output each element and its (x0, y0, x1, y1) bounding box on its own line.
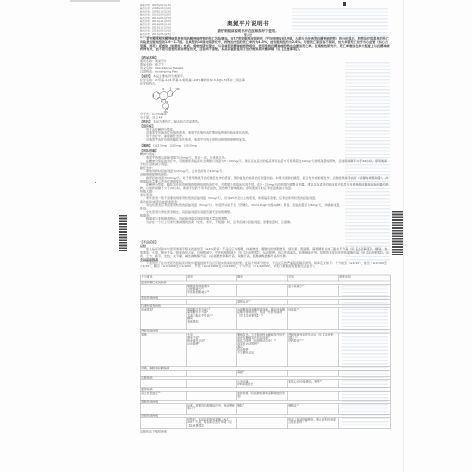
summary-text: 成人临床试验中与使用奥氮平相关的最常见（≥1%患者）不良反应为嗜睡、体重增加、嗜… (140, 248, 390, 258)
section-indications: 【适应症】 用于治疗精神分裂症。 对奥氮平初始治疗有效的患者，奥氮平在维持治疗期… (140, 124, 390, 141)
section-adverse-reactions: 【不良反应】 总结 成人临床试验中与使用奥氮平相关的最常见（≥1%患者）不良反应… (140, 241, 390, 269)
table-cell (338, 391, 390, 400)
pinyin-name: 汉语拼音：Aodanping Pian (140, 70, 390, 74)
table-cell (338, 380, 390, 388)
table-cell: 轻度、短暂的抗胆碱能作用，包括便秘和口干 (186, 404, 236, 414)
table-cell: 低体温¹² (287, 308, 338, 330)
table-row: 心动过缓 QTc间期延长 室性心动过速/颤动，猝死¹¹ (140, 380, 390, 388)
table-cell (140, 404, 186, 414)
table-cell: 肝炎（包括肝细胞性、胆汁淤积性或混合性肝损伤）¹¹ (287, 418, 338, 429)
table-cell (186, 391, 236, 400)
table-cell: 血小板减少¹¹ (287, 285, 338, 297)
table-cell: 直立性低血压¹⁰ (140, 391, 186, 400)
atom-label-s: S (170, 88, 172, 91)
atom-label-h: H (162, 88, 164, 91)
scan-edge-bar (70, 0, 120, 2)
table-cell: 嗜酸性粒细胞增多 白细胞减少¹⁰ 中性粒细胞减少¹⁰ (186, 285, 236, 297)
continued-organ-class: 皮肤和皮下组织疾病 (140, 430, 390, 433)
table-cell (338, 308, 390, 330)
table-row: 短暂的、无症状的肝转氨酶（ALT、AST）升高，特别是在治疗早期（见【注意事项】… (140, 418, 390, 429)
table-cell (140, 418, 186, 429)
table-cell: 嗜睡 (140, 333, 186, 367)
table-cell (338, 285, 390, 297)
table-cell (338, 404, 390, 414)
document-title: 奥氮平片说明书 (200, 21, 296, 27)
table-cell: 头晕 静坐不能⁶ 帕金森综合征⁶ 运动障碍⁶ (186, 333, 236, 367)
table-cell: 出现糖尿病或糖尿病加重，偶尔伴有酮症酸中毒或昏迷，包括一些致死病例（见【注意事项… (236, 308, 287, 330)
warning-text: 老年痴呆相关精神病患者使用抗精神病药物的死亡风险增加。对17项安慰剂对照研究（平… (140, 37, 390, 51)
document-subtitle: 请仔细阅读说明书并在医师指导下使用。 (188, 29, 308, 33)
table-cell: 室性心动过速/颤动，猝死¹¹ (287, 380, 338, 388)
section-dosage: 【用法用量】 精神分裂症： 奥氮平的建议起始剂量为10mg/天，每日一次，与进食… (140, 149, 390, 224)
adverse-reactions-table: 十分常见 常见 偶见 罕见 频率未知 血液和淋巴系统疾病 嗜酸性粒细胞增多 白细… (140, 275, 390, 429)
table-cell (287, 391, 338, 400)
barcode-right (392, 211, 403, 255)
revision-history: 核准日期：2007年02月13日 修改日期：2008年06月16日 修改日期：2… (140, 4, 174, 39)
molecular-info: 分子式：C₁₇H₂₀N₄S 分子量：312.44 (140, 112, 390, 119)
table-cell: 心动过缓 QTc间期延长 (236, 380, 287, 388)
table-cell: 体重增加¹ (140, 308, 186, 330)
section-composition: 【成份】 本品主要成份为奥氮平。 化学名称：2-甲基-4-(4-甲基-1-哌嗪基… (140, 75, 390, 86)
table-row: 嗜酸性粒细胞增多 白细胞减少¹⁰ 中性粒细胞减少¹⁰ 血小板减少¹¹ (140, 285, 390, 297)
scan-speck (95, 182, 96, 183)
scanned-page: 核准日期：2007年02月13日 修改日期：2008年06月16日 修改日期：2… (0, 0, 472, 472)
atom-label-ch3-top: CH₃ (176, 88, 180, 91)
table-row: 体重增加¹ 胆固醇水平升高²˒³ 葡萄糖水平升高⁴ 甘油三酯水平升高²˒⁵ 糖尿… (140, 308, 390, 330)
table-cell (236, 285, 287, 297)
table-cell (338, 333, 390, 367)
table-cell: 癫痫发作，大多数病例有癫痫发作病史或存在癫痫发作危险因素¹¹ 肌张力障碍（包括眼… (236, 333, 287, 367)
specifications-text: (1)2.5mg (2)5mg (3)10mg (153, 144, 197, 148)
table-cell: 腹胀⁹ (236, 404, 287, 414)
table-row: 轻度、短暂的抗胆碱能作用，包括便秘和口干 腹胀⁹ 胰腺炎¹¹ (140, 404, 390, 414)
barcode-left (119, 215, 127, 251)
indications-text: 用于治疗精神分裂症。 对奥氮平初始治疗有效的患者，奥氮平在维持治疗期间能够保持临… (140, 128, 390, 142)
page-edge-line (403, 0, 404, 472)
section-specifications: 【规格】 (1)2.5mg (2)5mg (3)10mg (140, 144, 390, 147)
list-intro: 下表列出了在自发报告和临床试验中观察到的不良反应和实验室检查结果。在每个频率分组… (140, 261, 390, 268)
table-cell: 短暂的、无症状的肝转氨酶（ALT、AST）升高，特别是在治疗早期（见【注意事项】… (186, 418, 236, 429)
atom-label-n-piperazine-top: N (166, 101, 168, 104)
table-cell: 血栓栓塞（包括肺栓塞和深静脉血栓形成） (236, 391, 287, 400)
section-drug-name: 【药品名称】 通用名称：奥氮平片 商品名称：欧兰宁 英文名称：Olanzapin… (140, 56, 390, 74)
atom-label-n: N (161, 100, 163, 103)
table-cell: 神经阻滞剂恶性综合征（见【注意事项】）¹² 停药症状⁷˒¹² (287, 333, 338, 367)
package-insert: 核准日期：2007年02月13日 修改日期：2008年06月16日 修改日期：2… (140, 0, 390, 472)
section-description: 【性状】 本品为黄色片，除去包衣后显黄色。 (140, 120, 390, 123)
dosage-text: 精神分裂症： 奥氮平的建议起始剂量为10mg/天，每日一次，与进食无关。 在精神… (140, 153, 390, 224)
table-row: 嗜睡 头晕 静坐不能⁶ 帕金森综合征⁶ 运动障碍⁶ 癫痫发作，大多数病例有癫痫发… (140, 333, 390, 367)
description-text: 本品为黄色片，除去包衣后显黄色。 (153, 120, 201, 124)
table-cell (186, 380, 236, 388)
table-row: 直立性低血压¹⁰ 血栓栓塞（包括肺栓塞和深静脉血栓形成） (140, 391, 390, 400)
table-cell (338, 418, 390, 429)
table-cell: 胆固醇水平升高²˒³ 葡萄糖水平升高⁴ 甘油三酯水平升高²˒⁵ 糖尿 食欲增加 (186, 308, 236, 330)
table-cell (140, 380, 186, 388)
chemical-structure-diagram: H N S CH₃ N N CH₃ (150, 86, 192, 114)
section-heading: 【性状】 (140, 120, 152, 124)
table-cell: 胰腺炎¹¹ (287, 404, 338, 414)
table-cell (140, 285, 186, 297)
table-cell (236, 418, 287, 429)
section-heading: 【规格】 (140, 144, 152, 148)
